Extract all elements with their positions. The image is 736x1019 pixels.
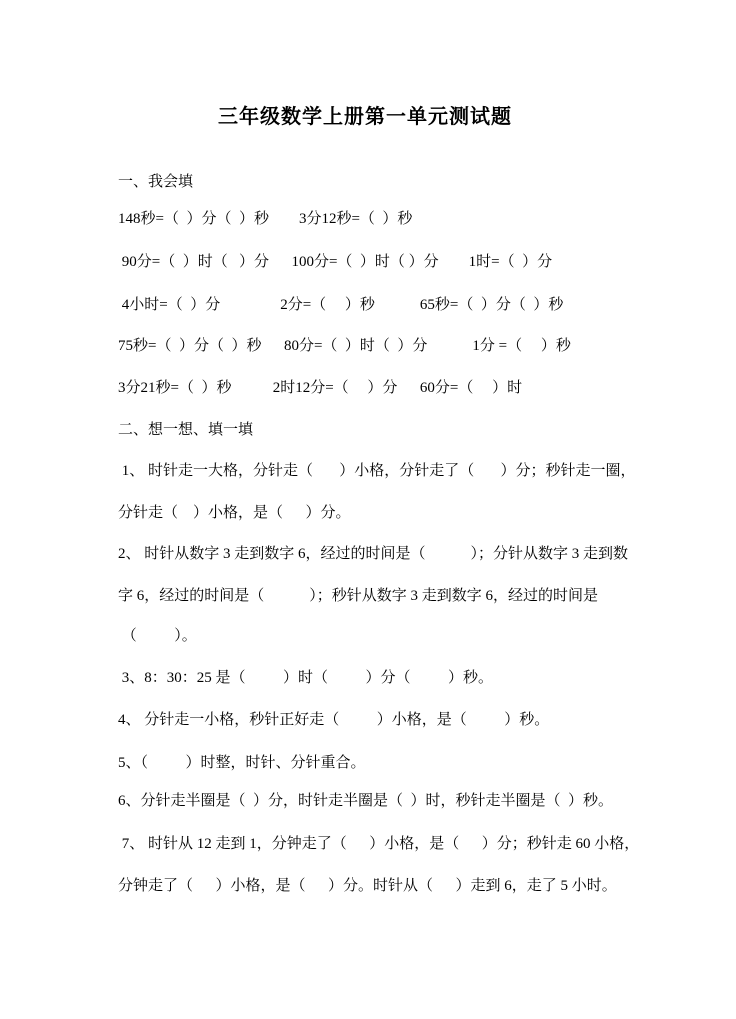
section-1-row-5: 3分21秒=（ ）秒 2时12分=（ ）分 60分=（ ）时 [118, 379, 522, 398]
section-1-row-2: 90分=（ ）时（ ）分 100分=（ ）时（ ）分 1时=（ ）分 [118, 253, 552, 272]
question-2-line-3: （ ）。 [118, 627, 197, 646]
document-page: 三年级数学上册第一单元测试题 一、我会填 148秒=（ ）分（ ）秒 3分12秒… [0, 0, 736, 1019]
section-2-heading: 二、想一想、填一填 [118, 421, 253, 440]
question-7-line-2: 分钟走了（ ）小格，是（ ）分。时针从（ ）走到 6，走了 5 小时。 [118, 877, 617, 896]
question-7-line-1: 7、 时针从 12 走到 1，分钟走了（ ）小格，是（ ）分；秒针走 60 小格… [118, 835, 639, 854]
section-1-row-4: 75秒=（ ）分（ ）秒 80分=（ ）时（ ）分 1分 =（ ）秒 [118, 337, 571, 356]
section-1-row-3: 4小时=（ ）分 2分=（ ）秒 65秒=（ ）分（ ）秒 [118, 296, 563, 315]
question-4-line: 4、 分针走一小格，秒针正好走（ ）小格，是（ ）秒。 [118, 711, 549, 730]
section-1-row-1: 148秒=（ ）分（ ）秒 3分12秒=（ ）秒 [118, 210, 412, 229]
question-3-line: 3、8：30：25 是（ ）时（ ）分（ ）秒。 [118, 669, 493, 688]
question-2-line-2: 字 6，经过的时间是（ ）；秒针从数字 3 走到数字 6，经过的时间是 [118, 587, 598, 606]
question-2-line-1: 2、 时针从数字 3 走到数字 6，经过的时间是（ ）；分针从数字 3 走到数 [118, 545, 628, 564]
question-6-line: 6、分针走半圈是（ ）分，时针走半圈是（ ）时，秒针走半圈是（ ）秒。 [118, 792, 613, 811]
question-5-line: 5、（ ）时整，时针、分针重合。 [118, 754, 366, 773]
doc-title: 三年级数学上册第一单元测试题 [0, 100, 730, 129]
question-1-line-1: 1、 时针走一大格，分针走（ ）小格，分针走了（ ）分；秒针走一圈， [118, 462, 636, 481]
section-1-heading: 一、我会填 [118, 173, 193, 192]
question-1-line-2: 分针走（ ）小格，是（ ）分。 [118, 504, 351, 523]
